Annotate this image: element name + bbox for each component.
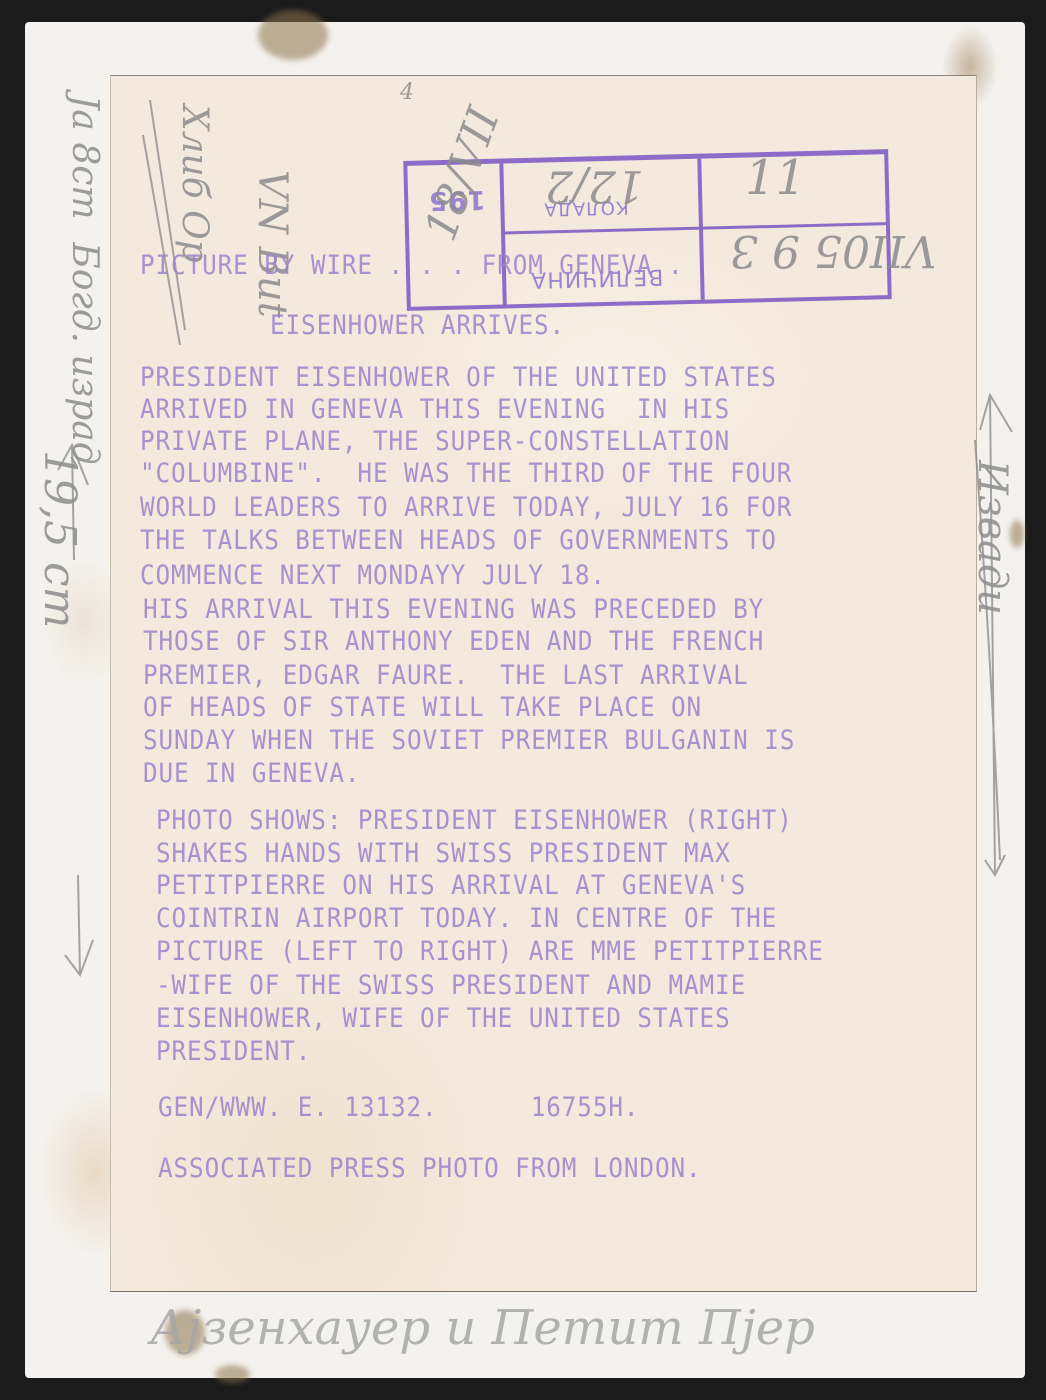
caption-line: "COLUMBINE". HE WAS THE THIRD OF THE FOU…	[140, 458, 792, 489]
arrow-up-icon	[58, 445, 88, 560]
caption-line: DUE IN GENEVA.	[143, 758, 360, 789]
caption-line: PREMIER, EDGAR FAURE. THE LAST ARRIVAL	[143, 660, 749, 691]
caption-line: COINTRIN AIRPORT TODAY. IN CENTRE OF THE	[156, 903, 777, 934]
caption-line: HIS ARRIVAL THIS EVENING WAS PRECEDED BY	[143, 594, 764, 625]
caption-line: PRESIDENT.	[156, 1036, 311, 1067]
caption-reference: GEN/WWW. E. 13132. 16755H.	[158, 1092, 639, 1123]
caption-line: PRIVATE PLANE, THE SUPER-CONSTELLATION	[140, 426, 730, 457]
arrow-down-icon	[65, 875, 93, 975]
caption-line: PRESIDENT EISENHOWER OF THE UNITED STATE…	[140, 362, 777, 393]
caption-title: EISENHOWER ARRIVES.	[270, 310, 565, 341]
caption-line: SUNDAY WHEN THE SOVIET PREMIER BULGANIN …	[143, 725, 795, 756]
caption-line: COMMENCE NEXT MONDAYY JULY 18.	[140, 560, 606, 591]
caption-header-line: PICTURE BY WIRE . . . FROM GENEVA .	[140, 250, 684, 281]
caption-line: THOSE OF SIR ANTHONY EDEN AND THE FRENCH	[143, 626, 764, 657]
caption-line: ARRIVED IN GENEVA THIS EVENING IN HIS	[140, 394, 730, 425]
caption-credit: ASSOCIATED PRESS PHOTO FROM LONDON.	[158, 1153, 702, 1184]
caption-line: THE TALKS BETWEEN HEADS OF GOVERNMENTS T…	[140, 525, 777, 556]
caption-line: PHOTO SHOWS: PRESIDENT EISENHOWER (RIGHT…	[156, 805, 793, 836]
arrow-up-icon	[980, 395, 1012, 875]
caption-line: PICTURE (LEFT TO RIGHT) ARE MME PETITPIE…	[156, 936, 824, 967]
caption-line: EISENHOWER, WIFE OF THE UNITED STATES	[156, 1003, 731, 1034]
caption-line: OF HEADS OF STATE WILL TAKE PLACE ON	[143, 692, 702, 723]
caption-line: PETITPIERRE ON HIS ARRIVAL AT GENEVA'S	[156, 870, 746, 901]
caption-line: WORLD LEADERS TO ARRIVE TODAY, JULY 16 F…	[140, 492, 792, 523]
caption-line: SHAKES HANDS WITH SWISS PRESIDENT MAX	[156, 838, 731, 869]
caption-line: -WIFE OF THE SWISS PRESIDENT AND MAMIE	[156, 970, 746, 1001]
